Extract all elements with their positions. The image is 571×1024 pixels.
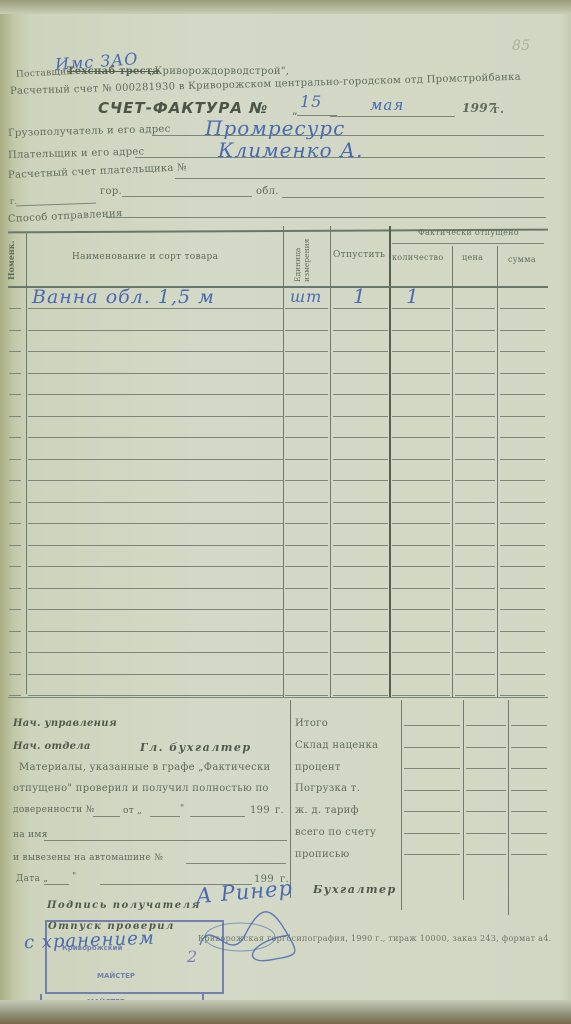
stamp-text-2: МАЙСТЕР bbox=[97, 972, 135, 980]
row-number-tick bbox=[9, 674, 21, 675]
shipping-line[interactable] bbox=[106, 217, 546, 218]
summary-cell-line[interactable] bbox=[404, 854, 460, 855]
header-price: цена bbox=[462, 253, 483, 262]
row-cell-line bbox=[392, 394, 450, 395]
header-name: Наименование и сорт товара bbox=[72, 252, 218, 262]
row-cell-line bbox=[28, 394, 283, 395]
summary-cell-line[interactable] bbox=[511, 790, 547, 791]
row-cell-line bbox=[28, 437, 283, 438]
row-cell-line bbox=[392, 351, 450, 352]
materials-text-2: отпущено" проверил и получил полностью п… bbox=[13, 783, 269, 794]
invoice-date-year: 1997 bbox=[462, 101, 497, 115]
row-cell-line bbox=[28, 523, 283, 524]
header-release: Отпустить bbox=[333, 250, 385, 260]
row-cell-line bbox=[455, 437, 495, 438]
row-number-tick bbox=[9, 480, 21, 481]
row-cell-line bbox=[28, 459, 283, 460]
row-cell-line bbox=[28, 609, 283, 610]
invoice-date-year-suffix: г. bbox=[493, 103, 504, 116]
row-cell-line bbox=[455, 545, 495, 546]
row-cell-line bbox=[455, 588, 495, 589]
recipient-signature: А Ринер bbox=[195, 876, 294, 908]
row-cell-line bbox=[455, 330, 495, 331]
col-divider-number bbox=[26, 232, 27, 694]
row-cell-line bbox=[455, 652, 495, 653]
row-cell-line bbox=[455, 523, 495, 524]
row-cell-line bbox=[285, 416, 328, 417]
row-cell-line bbox=[392, 330, 450, 331]
row-cell-line bbox=[285, 588, 328, 589]
invoice-date-day: 15 bbox=[300, 92, 322, 111]
row-cell-line bbox=[28, 480, 283, 481]
row-cell-line bbox=[285, 437, 328, 438]
proxy-month-line[interactable] bbox=[190, 816, 245, 817]
row-cell-line bbox=[500, 566, 545, 567]
row-cell-line bbox=[392, 373, 450, 374]
row-cell-line bbox=[392, 631, 450, 632]
name-label: на имя bbox=[13, 830, 48, 840]
row-cell-line bbox=[28, 351, 283, 352]
row-cell-line bbox=[333, 394, 388, 395]
region-label: обл. bbox=[256, 186, 279, 197]
payer-account-line[interactable] bbox=[175, 178, 545, 179]
row-cell-line bbox=[455, 373, 495, 374]
row-cell-line bbox=[333, 437, 388, 438]
col-divider-price bbox=[497, 246, 498, 698]
materials-text-1: Материалы, указанные в графе „Фактически bbox=[19, 762, 271, 773]
payer-label: Плательщик и его адрес bbox=[8, 146, 145, 161]
section-head-label: Нач. отдела bbox=[13, 741, 91, 752]
row-quantity: 1 bbox=[406, 284, 420, 308]
row-cell-line bbox=[333, 480, 388, 481]
row-cell-line bbox=[455, 416, 495, 417]
row-cell-line bbox=[392, 308, 450, 309]
proxy-quote-close: " bbox=[180, 804, 184, 814]
row-cell-line bbox=[333, 308, 388, 309]
row-cell-line bbox=[285, 351, 328, 352]
summary-col-1 bbox=[401, 700, 402, 910]
row-unit: шт bbox=[290, 287, 322, 306]
row-cell-line bbox=[500, 459, 545, 460]
row-cell-line bbox=[455, 631, 495, 632]
summary-cell-line[interactable] bbox=[404, 790, 460, 791]
summary-cell-line[interactable] bbox=[466, 747, 506, 748]
summary-cell-line[interactable] bbox=[404, 725, 460, 726]
row-cell-line bbox=[455, 695, 495, 696]
row-cell-line bbox=[285, 480, 328, 481]
date-label: Дата „ bbox=[16, 874, 48, 884]
row-cell-line bbox=[455, 609, 495, 610]
summary-col-3 bbox=[508, 700, 509, 915]
summary-cell-line[interactable] bbox=[511, 768, 547, 769]
row-cell-line bbox=[333, 609, 388, 610]
row-cell-line bbox=[455, 502, 495, 503]
header-number: Номенк. bbox=[6, 241, 16, 280]
row-number-tick bbox=[9, 502, 21, 503]
summary-cell-line[interactable] bbox=[511, 725, 547, 726]
row-number-tick bbox=[9, 459, 21, 460]
summary-col-2 bbox=[463, 700, 464, 900]
row-release: 1 bbox=[353, 284, 367, 308]
row-cell-line bbox=[28, 545, 283, 546]
row-cell-line bbox=[500, 631, 545, 632]
row-name: Ванна обл. 1,5 м bbox=[32, 286, 215, 308]
row-number-tick bbox=[9, 330, 21, 331]
total-label: Итого bbox=[295, 718, 328, 729]
row-cell-line bbox=[333, 416, 388, 417]
row-cell-line bbox=[392, 416, 450, 417]
row-number-tick bbox=[9, 437, 21, 438]
row-cell-line bbox=[333, 674, 388, 675]
row-number-tick bbox=[9, 695, 21, 696]
row-cell-line bbox=[28, 695, 283, 696]
row-cell-line bbox=[28, 652, 283, 653]
row-cell-line bbox=[455, 394, 495, 395]
region-line[interactable] bbox=[282, 197, 544, 198]
row-number-tick bbox=[9, 652, 21, 653]
summary-cell-line[interactable] bbox=[404, 747, 460, 748]
row-cell-line bbox=[392, 459, 450, 460]
row-cell-line bbox=[455, 480, 495, 481]
row-cell-line bbox=[392, 674, 450, 675]
row-cell-line bbox=[333, 652, 388, 653]
accountant-label: Бухгалтер bbox=[313, 883, 397, 896]
table-bottom-border bbox=[8, 697, 548, 698]
summary-cell-line[interactable] bbox=[511, 854, 547, 855]
city-line[interactable] bbox=[122, 196, 252, 197]
page-number-mark: 85 bbox=[512, 38, 530, 54]
row-cell-line bbox=[455, 308, 495, 309]
row-cell-line bbox=[500, 330, 545, 331]
row-cell-line bbox=[28, 308, 283, 309]
date-quote-close: " bbox=[72, 872, 76, 882]
row-cell-line bbox=[455, 351, 495, 352]
row-cell-line bbox=[333, 523, 388, 524]
row-cell-line bbox=[500, 695, 545, 696]
percent-label: процент bbox=[295, 762, 341, 773]
row-cell-line bbox=[28, 674, 283, 675]
row-number-tick bbox=[9, 351, 21, 352]
row-cell-line bbox=[333, 373, 388, 374]
row-cell-line bbox=[285, 502, 328, 503]
summary-cell-line[interactable] bbox=[511, 747, 547, 748]
invoice-page: 85 Имс ЗАО Поставщик: Техснаб треста „Кр… bbox=[0, 0, 571, 1000]
dept-head-label: Нач. управления bbox=[13, 718, 117, 729]
row-cell-line bbox=[28, 330, 283, 331]
row-cell-line bbox=[333, 459, 388, 460]
summary-cell-line[interactable] bbox=[404, 768, 460, 769]
vehicle-line[interactable] bbox=[186, 863, 286, 864]
row-cell-line bbox=[333, 330, 388, 331]
summary-cell-line[interactable] bbox=[466, 854, 506, 855]
row-cell-line bbox=[392, 652, 450, 653]
warehouse-markup-label: Склад наценка bbox=[295, 740, 378, 751]
proxy-label: доверенности № bbox=[13, 805, 94, 815]
row-cell-line bbox=[500, 308, 545, 309]
recipient-signature-label: Подпись получателя bbox=[47, 900, 201, 911]
date-month-line bbox=[330, 116, 455, 117]
row-cell-line bbox=[500, 609, 545, 610]
row-number-tick bbox=[9, 566, 21, 567]
row-cell-line bbox=[28, 631, 283, 632]
header-sum: сумма bbox=[508, 255, 536, 264]
row-cell-line bbox=[500, 652, 545, 653]
summary-cell-line[interactable] bbox=[466, 811, 506, 812]
supplier-struck-text: Техснаб треста bbox=[67, 66, 159, 77]
row-cell-line bbox=[333, 566, 388, 567]
header-quantity: количество bbox=[392, 253, 443, 262]
header-unit: Единица измерения bbox=[293, 222, 311, 282]
row-number-tick bbox=[9, 416, 21, 417]
row-number-tick bbox=[9, 609, 21, 610]
row-cell-line bbox=[285, 373, 328, 374]
invoice-date-month: мая bbox=[370, 96, 404, 114]
row-number-tick bbox=[9, 588, 21, 589]
row-cell-line bbox=[392, 609, 450, 610]
actual-group-divider bbox=[392, 243, 544, 244]
row-cell-line bbox=[500, 674, 545, 675]
row-cell-line bbox=[392, 695, 450, 696]
proxy-year-suffix: г. bbox=[275, 805, 284, 816]
row-cell-line bbox=[285, 566, 328, 567]
row-cell-line bbox=[285, 523, 328, 524]
row-cell-line bbox=[285, 631, 328, 632]
consignee-label: Грузополучатель и его адрес bbox=[8, 124, 171, 139]
row-cell-line bbox=[392, 437, 450, 438]
city-label: гор. bbox=[100, 186, 122, 197]
vehicle-label: и вывезены на автомашине № bbox=[13, 853, 163, 863]
row-cell-line bbox=[285, 674, 328, 675]
row-cell-line bbox=[285, 695, 328, 696]
in-words-label: прописью bbox=[295, 849, 350, 860]
row-cell-line bbox=[285, 394, 328, 395]
summary-cell-line[interactable] bbox=[466, 833, 506, 834]
row-cell-line bbox=[333, 351, 388, 352]
loading-label: Погрузка т. bbox=[295, 783, 360, 794]
payer-account-label: Расчетный счет плательщика № bbox=[8, 162, 187, 181]
chief-accountant-label: Гл. бухгалтер bbox=[140, 741, 252, 754]
summary-cell-line[interactable] bbox=[511, 811, 547, 812]
row-cell-line bbox=[500, 351, 545, 352]
row-cell-line bbox=[455, 566, 495, 567]
row-cell-line bbox=[285, 330, 328, 331]
row-cell-line bbox=[392, 502, 450, 503]
row-number-tick bbox=[9, 373, 21, 374]
row-cell-line bbox=[333, 631, 388, 632]
date-day-line-footer[interactable] bbox=[44, 884, 69, 885]
consignee-value[interactable]: Промресурс bbox=[205, 116, 345, 140]
row-cell-line bbox=[500, 545, 545, 546]
row-cell-line bbox=[392, 588, 450, 589]
summary-cell-line[interactable] bbox=[404, 811, 460, 812]
supplier-name: „Криворождорводстрой", bbox=[149, 66, 289, 77]
page-bottom-edge bbox=[0, 1000, 571, 1024]
row-cell-line bbox=[500, 588, 545, 589]
row-number-tick bbox=[9, 631, 21, 632]
proxy-number-line[interactable] bbox=[93, 816, 120, 817]
row-cell-line bbox=[333, 502, 388, 503]
summary-cell-line[interactable] bbox=[466, 790, 506, 791]
proxy-from: от „ bbox=[123, 806, 142, 816]
rail-tariff-label: ж. д. тариф bbox=[295, 805, 359, 816]
name-line[interactable] bbox=[44, 840, 287, 841]
row-cell-line bbox=[333, 588, 388, 589]
row-cell-line bbox=[500, 416, 545, 417]
city-prefix-line[interactable] bbox=[16, 203, 96, 207]
invoice-total-label: всего по счету bbox=[295, 827, 376, 838]
row-cell-line bbox=[500, 480, 545, 481]
invoice-title: СЧЕТ-ФАКТУРА № bbox=[98, 99, 268, 117]
row-cell-line bbox=[285, 609, 328, 610]
row-number-tick bbox=[9, 523, 21, 524]
row-cell-line bbox=[285, 459, 328, 460]
summary-cell-line[interactable] bbox=[466, 725, 506, 726]
row-cell-line bbox=[333, 695, 388, 696]
row-number-tick bbox=[9, 394, 21, 395]
row-cell-line bbox=[500, 502, 545, 503]
row-cell-line bbox=[500, 523, 545, 524]
proxy-day-line[interactable] bbox=[150, 816, 180, 817]
header-actual-group: Фактически отпущено bbox=[418, 228, 519, 237]
row-cell-line bbox=[455, 674, 495, 675]
row-cell-line bbox=[392, 545, 450, 546]
row-cell-line bbox=[285, 652, 328, 653]
row-cell-line bbox=[455, 459, 495, 460]
row-cell-line bbox=[500, 373, 545, 374]
row-number-tick bbox=[9, 308, 21, 309]
row-cell-line bbox=[28, 566, 283, 567]
col-divider-release bbox=[389, 226, 391, 698]
col-divider-name bbox=[283, 226, 284, 698]
row-cell-line bbox=[28, 588, 283, 589]
summary-cell-line[interactable] bbox=[511, 833, 547, 834]
row-cell-line bbox=[285, 545, 328, 546]
payer-value[interactable]: Клименко А. bbox=[218, 138, 364, 162]
row-cell-line bbox=[28, 502, 283, 503]
col-divider-quantity bbox=[452, 246, 453, 698]
row-cell-line bbox=[500, 394, 545, 395]
row-cell-line bbox=[392, 523, 450, 524]
summary-cell-line[interactable] bbox=[466, 768, 506, 769]
row-cell-line bbox=[392, 480, 450, 481]
summary-cell-line[interactable] bbox=[404, 833, 460, 834]
row-cell-line bbox=[285, 308, 328, 309]
row-cell-line bbox=[333, 545, 388, 546]
stamp-text-1: Криворожский bbox=[62, 944, 122, 952]
row-cell-line bbox=[28, 416, 283, 417]
col-divider-unit bbox=[330, 226, 331, 698]
proxy-year: 199 bbox=[250, 805, 270, 816]
accountant-signature-scribble bbox=[190, 905, 310, 975]
row-cell-line bbox=[28, 373, 283, 374]
footer-divider bbox=[290, 700, 291, 898]
row-cell-line bbox=[500, 437, 545, 438]
row-cell-line bbox=[392, 566, 450, 567]
row-number-tick bbox=[9, 545, 21, 546]
